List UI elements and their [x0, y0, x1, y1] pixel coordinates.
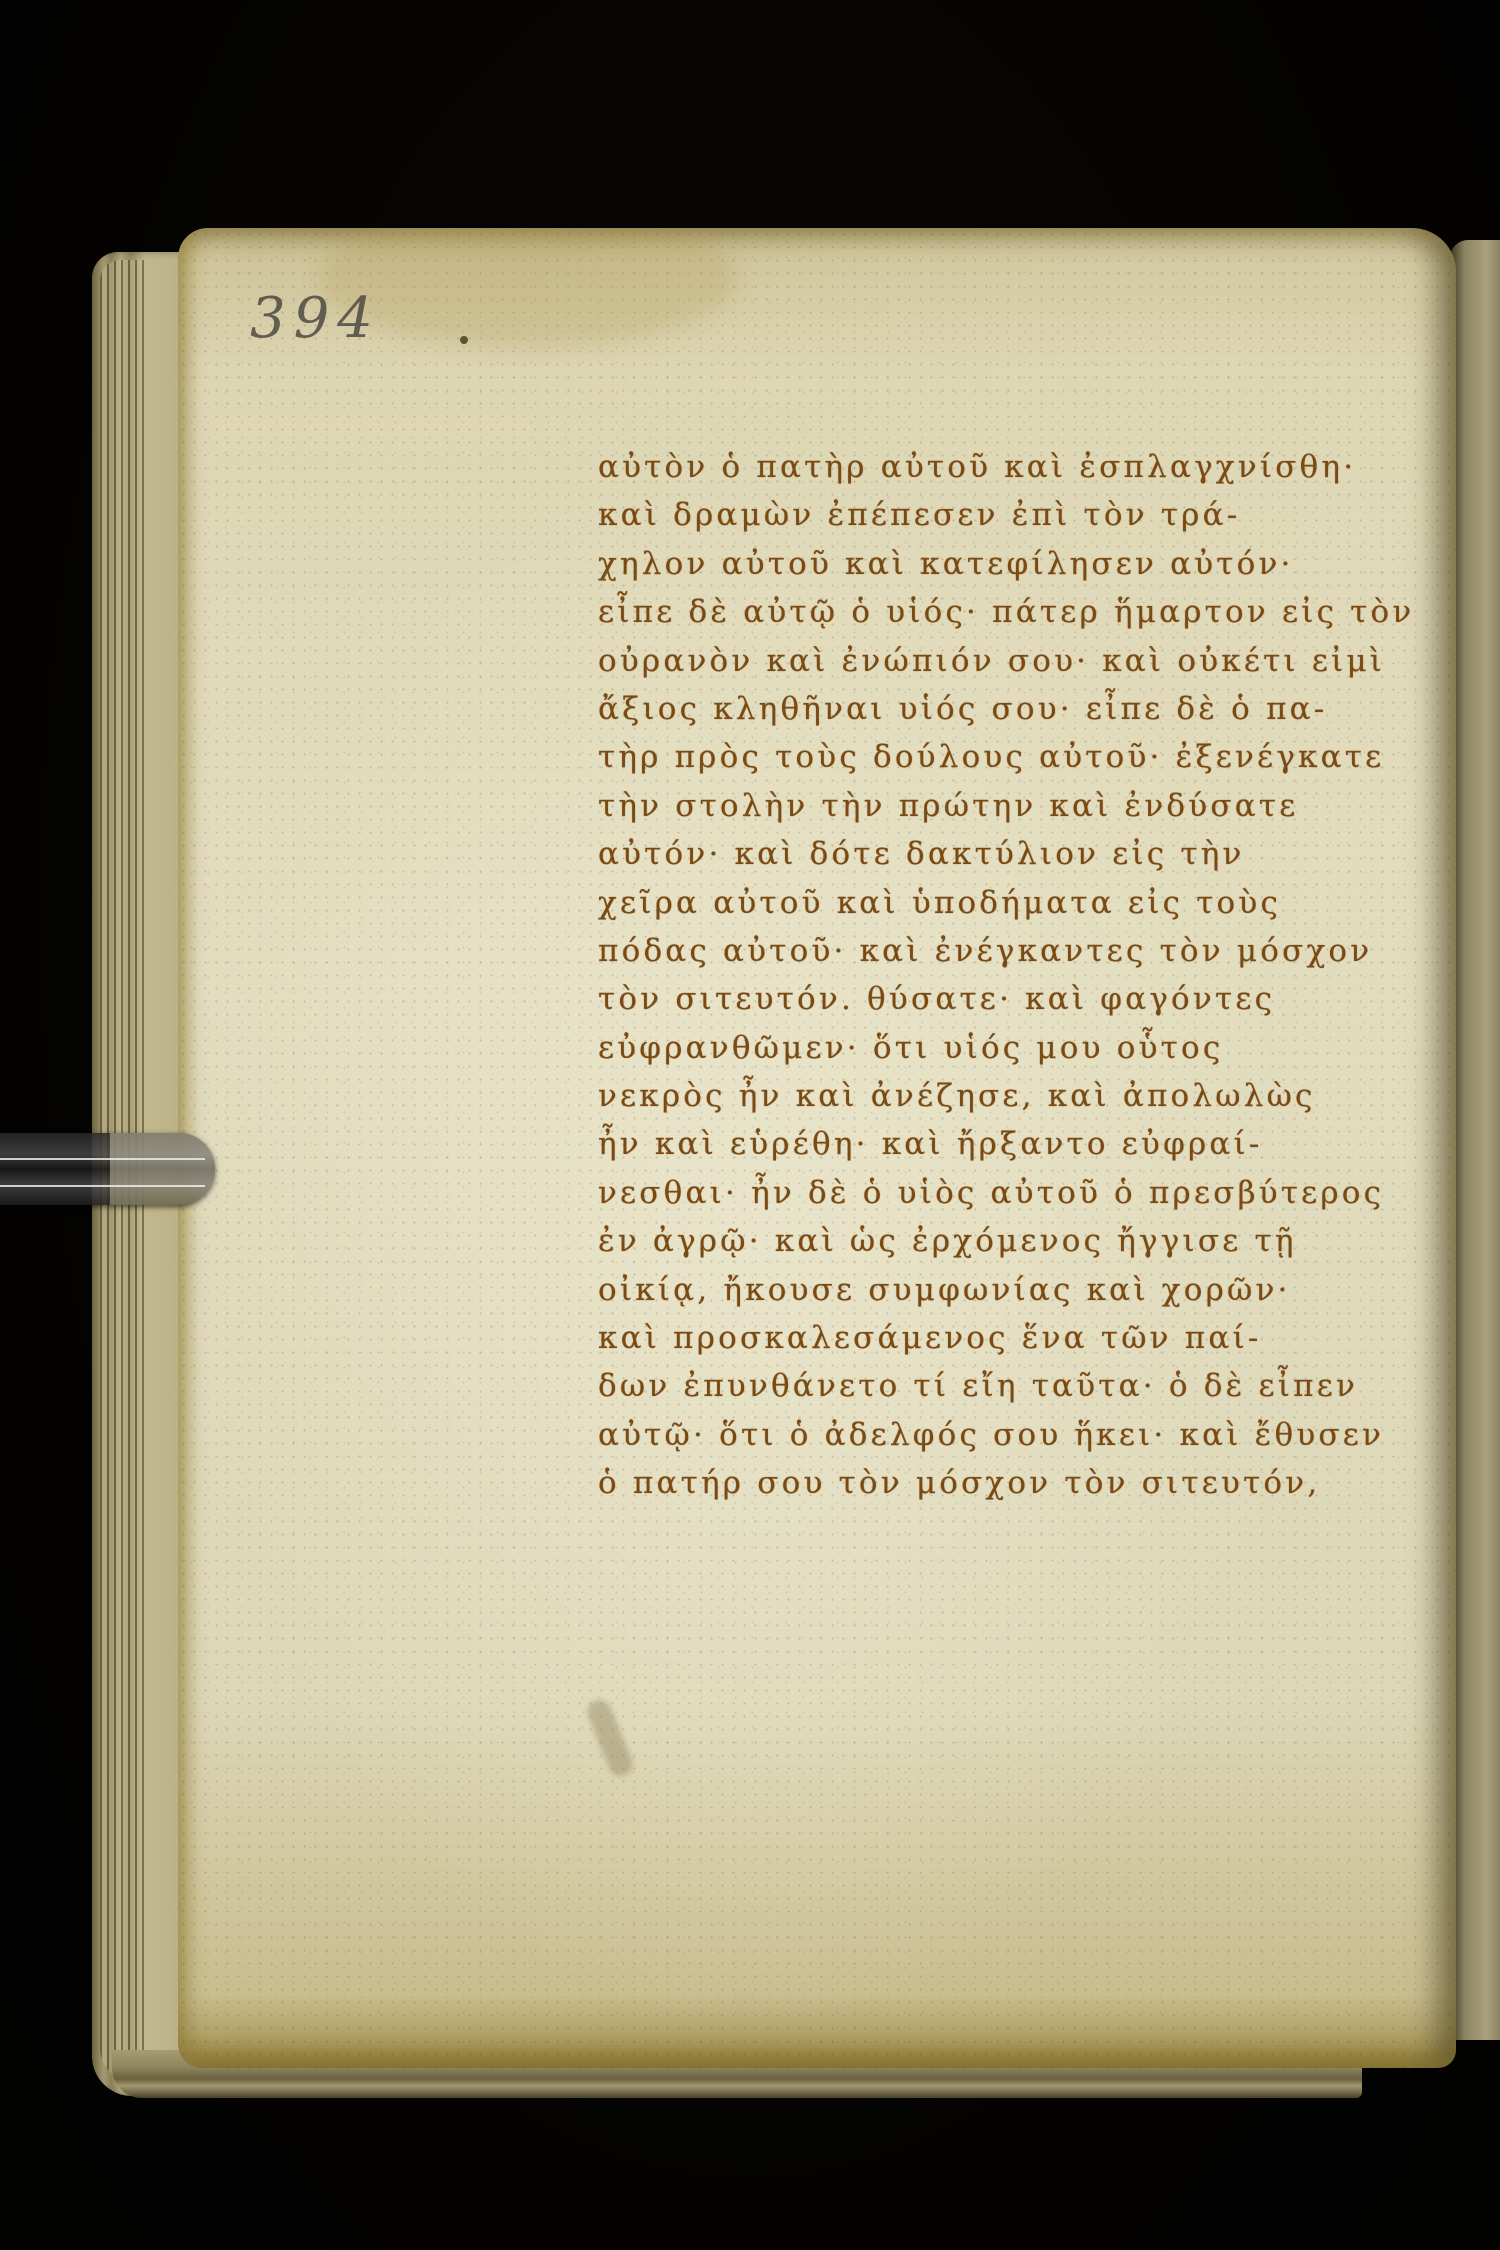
smudge-mark	[584, 1696, 636, 1779]
text-line: αὐτὸν ὁ πατὴρ αὐτοῦ καὶ ἐσπλαγχνίσθη·	[598, 443, 1408, 491]
text-line: πόδας αὐτοῦ· καὶ ἐνέγκαντες τὸν μόσχον	[598, 927, 1408, 975]
text-line: εὐφρανθῶμεν· ὅτι υἱός μου οὗτος	[598, 1024, 1408, 1072]
text-line: καὶ δραμὼν ἐπέπεσεν ἐπὶ τὸν τρά-	[598, 491, 1408, 539]
text-line: τὴρ πρὸς τοὺς δούλους αὐτοῦ· ἐξενέγκατε	[598, 733, 1408, 781]
page-clip-tip	[110, 1133, 215, 1205]
manuscript-viewer: 394 αὐτὸν ὁ πατὴρ αὐτοῦ καὶ ἐσπλαγχνίσθη…	[0, 0, 1500, 2250]
text-line: αὐτῷ· ὅτι ὁ ἀδελφός σου ἥκει· καὶ ἔθυσεν	[598, 1411, 1408, 1459]
text-line: ὁ πατήρ σου τὸν μόσχον τὸν σιτευτόν,	[598, 1459, 1408, 1507]
folio-number: 394	[250, 286, 381, 351]
water-stain	[318, 228, 738, 348]
text-line: οὐρανὸν καὶ ἐνώπιόν σου· καὶ οὐκέτι εἰμὶ	[598, 637, 1408, 685]
page-clip-highlight	[0, 1158, 205, 1160]
text-line: ἄξιος κληθῆναι υἱός σου· εἶπε δὲ ὁ πα-	[598, 685, 1408, 733]
text-line: καὶ προσκαλεσάμενος ἕνα τῶν παί-	[598, 1314, 1408, 1362]
text-line: ἦν καὶ εὑρέθη· καὶ ἤρξαντο εὐφραί-	[598, 1120, 1408, 1168]
manuscript-folio: 394 αὐτὸν ὁ πατὴρ αὐτοῦ καὶ ἐσπλαγχνίσθη…	[178, 228, 1456, 2068]
text-line: αὐτόν· καὶ δότε δακτύλιον εἰς τὴν	[598, 830, 1408, 878]
text-line: ἐν ἀγρῷ· καὶ ὡς ἐρχόμενος ἤγγισε τῇ	[598, 1217, 1408, 1265]
text-line: χεῖρα αὐτοῦ καὶ ὑποδήματα εἰς τοὺς	[598, 879, 1408, 927]
text-line: εἶπε δὲ αὐτῷ ὁ υἱός· πάτερ ἥμαρτον εἰς τ…	[598, 588, 1408, 636]
text-column: αὐτὸν ὁ πατὴρ αὐτοῦ καὶ ἐσπλαγχνίσθη· κα…	[598, 443, 1408, 1508]
text-line: χηλον αὐτοῦ καὶ κατεφίλησεν αὐτόν·	[598, 540, 1408, 588]
acrylic-page-clip-icon	[0, 1133, 215, 1205]
text-line: οἰκίᾳ, ἤκουσε συμφωνίας καὶ χορῶν·	[598, 1266, 1408, 1314]
text-line: δων ἐπυνθάνετο τί εἴη ταῦτα· ὁ δὲ εἶπεν	[598, 1362, 1408, 1410]
ink-dot	[460, 336, 468, 344]
text-line: νεκρὸς ἦν καὶ ἀνέζησε, καὶ ἀπολωλὼς	[598, 1072, 1408, 1120]
text-line: νεσθαι· ἦν δὲ ὁ υἱὸς αὐτοῦ ὁ πρεσβύτερος	[598, 1169, 1408, 1217]
text-line: τὴν στολὴν τὴν πρώτην καὶ ἐνδύσατε	[598, 782, 1408, 830]
facing-page-edge	[1450, 240, 1500, 2040]
page-clip-highlight	[0, 1185, 205, 1187]
text-line: τὸν σιτευτόν. θύσατε· καὶ φαγόντες	[598, 975, 1408, 1023]
